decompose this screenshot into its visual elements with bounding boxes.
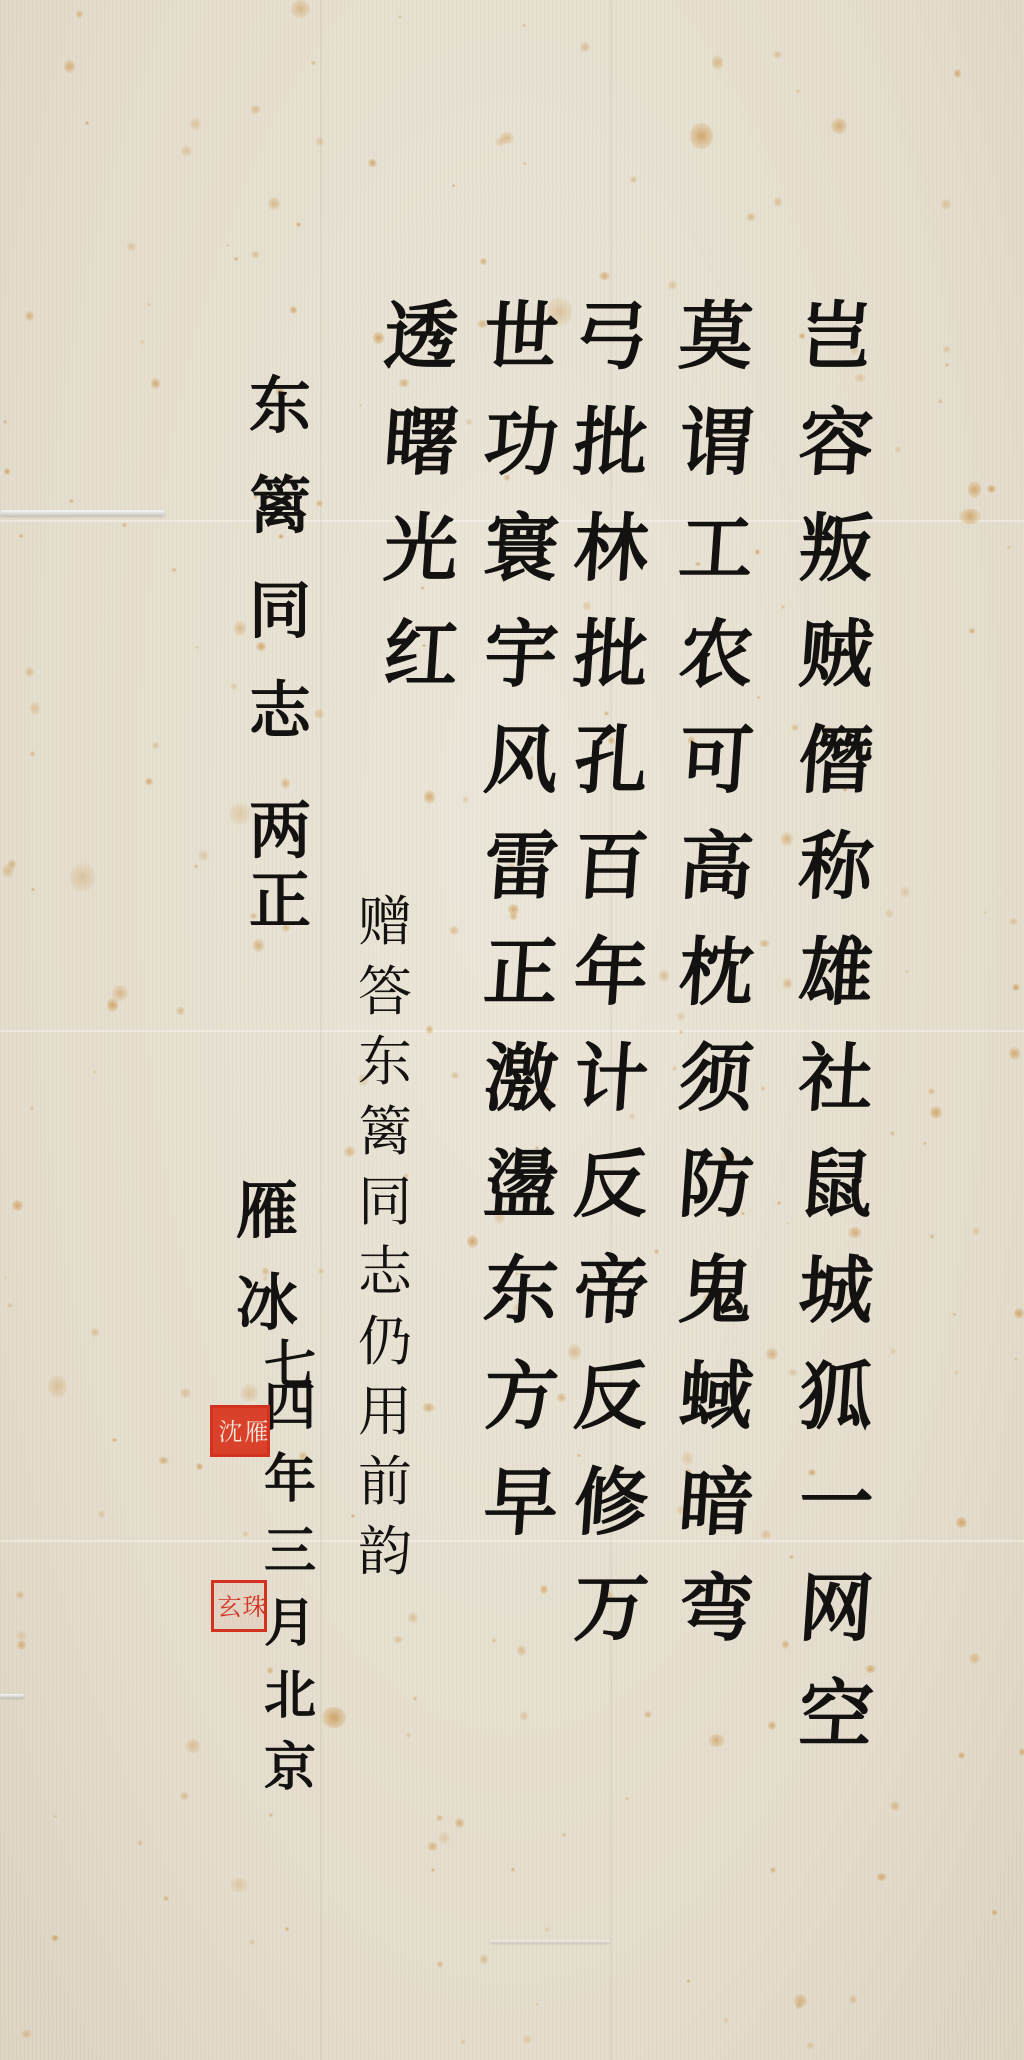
foxing-spot	[455, 1818, 465, 1828]
foxing-spot	[7, 1303, 13, 1308]
foxing-spot	[495, 137, 506, 146]
foxing-spot	[64, 60, 74, 73]
inscription-char: 用	[345, 1385, 425, 1455]
date-char: 年	[250, 1454, 330, 1526]
foxing-spot	[773, 51, 782, 58]
foxing-spot	[774, 197, 781, 206]
foxing-spot	[229, 1878, 249, 1892]
foxing-spot	[1009, 1047, 1020, 1060]
foxing-spot	[436, 1815, 443, 1821]
foxing-spot	[250, 105, 261, 114]
foxing-spot	[511, 1867, 515, 1871]
foxing-spot	[746, 213, 756, 221]
poem-char: 功	[461, 406, 578, 512]
poem-char: 须	[656, 1042, 773, 1148]
poem-char: 贼	[776, 618, 893, 724]
foxing-spot	[905, 970, 909, 973]
foxing-spot	[317, 1268, 325, 1274]
foxing-spot	[599, 272, 609, 281]
foxing-spot	[406, 1732, 411, 1738]
dedication-char: 篱	[235, 475, 325, 580]
foxing-spot	[1014, 1308, 1024, 1318]
foxing-spot	[1014, 1357, 1017, 1360]
poem-char: 弯	[656, 1572, 773, 1678]
foxing-spot	[16, 1591, 23, 1600]
foxing-spot	[426, 1025, 433, 1034]
foxing-spot	[12, 1200, 23, 1210]
foxing-spot	[625, 1797, 629, 1800]
foxing-spot	[185, 1739, 201, 1753]
foxing-spot	[393, 1636, 403, 1644]
poem-char: 宇	[461, 618, 578, 724]
foxing-spot	[431, 1868, 435, 1871]
foxing-spot	[30, 1106, 34, 1111]
inscription-char: 同	[345, 1175, 425, 1245]
foxing-spot	[268, 197, 279, 210]
foxing-spot	[969, 628, 974, 634]
inscription-char: 答	[345, 965, 425, 1035]
foxing-spot	[954, 69, 961, 77]
poem-char: 蜮	[656, 1360, 773, 1466]
poem-char: 称	[776, 830, 893, 936]
poem-char: 一	[776, 1466, 893, 1572]
poem-char: 雷	[461, 830, 578, 936]
foxing-spot	[30, 702, 40, 715]
foxing-spot	[16, 1631, 28, 1640]
foxing-spot	[580, 42, 589, 52]
foxing-spot	[122, 522, 127, 527]
foxing-spot	[145, 778, 153, 784]
foxing-spot	[19, 534, 23, 538]
foxing-spot	[492, 1638, 496, 1643]
inscription-column: 赠 答 东 篱 同 志 仍 用 前 韵	[345, 895, 425, 1595]
signature-name: 雁 冰	[222, 1180, 312, 1348]
foxing-spot	[107, 998, 117, 1011]
poem-column-1: 岂 容 叛 贼 僭 称 雄 社 鼠 城 狐 一 网 空	[780, 300, 890, 1784]
seal-char: 雁	[240, 1419, 266, 1443]
foxing-spot	[408, 1612, 418, 1623]
poem-char: 高	[656, 830, 773, 936]
poem-char: 雄	[776, 936, 893, 1042]
poem-char: 东	[461, 1254, 578, 1360]
poem-char: 暗	[656, 1466, 773, 1572]
poem-char: 万	[551, 1572, 668, 1678]
foxing-spot	[461, 2039, 465, 2044]
foxing-spot	[984, 911, 987, 914]
dedication-char: 同	[235, 580, 325, 680]
inscription-char: 韵	[345, 1525, 425, 1595]
foxing-spot	[25, 667, 35, 677]
foxing-spot	[48, 1375, 66, 1398]
poem-column-5: 透 曙 光 红	[365, 300, 475, 724]
foxing-spot	[831, 118, 847, 134]
foxing-spot	[163, 1896, 168, 1901]
dedication-char: 两	[235, 800, 325, 870]
foxing-spot	[438, 1832, 450, 1843]
poem-char: 激	[461, 1042, 578, 1148]
foxing-spot	[520, 1711, 527, 1721]
foxing-spot	[234, 257, 238, 261]
foxing-spot	[972, 1227, 981, 1235]
seal-char: 沈	[214, 1419, 240, 1443]
foxing-spot	[969, 1653, 980, 1663]
poem-char: 寰	[461, 512, 578, 618]
foxing-spot	[147, 303, 151, 306]
foxing-spot	[928, 1088, 935, 1095]
date-char: 京	[250, 1742, 330, 1814]
inscription-char: 篱	[345, 1105, 425, 1175]
poem-char: 社	[776, 1042, 893, 1148]
poem-char: 容	[776, 406, 893, 512]
foxing-spot	[987, 485, 997, 493]
foxing-spot	[171, 568, 176, 572]
foxing-spot	[226, 244, 229, 247]
dedication-char: 正	[235, 870, 325, 946]
poem-char: 城	[776, 1254, 893, 1360]
poem-column-4: 世 功 寰 宇 风 雷 正 激 盪 东 方 早	[465, 300, 575, 1572]
foxing-spot	[668, 280, 676, 290]
foxing-spot	[398, 15, 402, 19]
paper-tear	[490, 1940, 610, 1943]
poem-char: 方	[461, 1360, 578, 1466]
date-char: 七	[250, 1340, 330, 1382]
foxing-spot	[930, 1106, 942, 1119]
foxing-spot	[992, 1909, 997, 1916]
poem-char: 农	[656, 618, 773, 724]
foxing-spot	[522, 2035, 532, 2044]
foxing-spot	[194, 864, 198, 869]
foxing-spot	[31, 888, 35, 891]
dedication-char: 东	[235, 375, 325, 475]
poem-char: 工	[656, 512, 773, 618]
poem-char: 僭	[776, 724, 893, 830]
poem-char: 可	[656, 724, 773, 830]
poem-char: 莫	[656, 300, 773, 406]
date-char: 北	[250, 1670, 330, 1742]
poem-char: 网	[776, 1572, 893, 1678]
poem-char: 鬼	[656, 1254, 773, 1360]
seal-upper: 沈 雁	[210, 1405, 270, 1457]
foxing-spot	[540, 1585, 548, 1594]
paper-tear	[0, 510, 165, 516]
foxing-spot	[140, 339, 145, 345]
foxing-spot	[437, 1961, 442, 1968]
poem-char: 叛	[776, 512, 893, 618]
foxing-spot	[285, 1927, 289, 1931]
foxing-spot	[943, 346, 951, 354]
foxing-spot	[311, 61, 316, 65]
dedication-char: 志	[235, 680, 325, 800]
foxing-spot	[929, 1234, 934, 1239]
inscription-char: 仍	[345, 1315, 425, 1385]
foxing-spot	[181, 145, 191, 157]
foxing-spot	[451, 1072, 459, 1078]
foxing-spot	[30, 751, 35, 757]
foxing-spot	[296, 222, 300, 227]
poem-char: 红	[361, 618, 478, 724]
foxing-spot	[180, 1792, 189, 1799]
poem-char: 鼠	[776, 1148, 893, 1254]
poem-char: 曙	[361, 406, 478, 512]
poem-char: 正	[461, 936, 578, 1042]
foxing-spot	[959, 509, 981, 525]
poem-char: 狐	[776, 1360, 893, 1466]
foxing-spot	[630, 176, 637, 183]
foxing-spot	[954, 1370, 958, 1375]
poem-char: 风	[461, 724, 578, 830]
inscription-char: 志	[345, 1245, 425, 1315]
foxing-spot	[21, 2030, 32, 2038]
foxing-spot	[890, 1348, 896, 1355]
seal-char: 玄	[214, 1594, 239, 1618]
seal-char: 珠	[239, 1594, 264, 1618]
foxing-spot	[112, 1438, 117, 1442]
foxing-spot	[900, 886, 910, 898]
foxing-spot	[195, 646, 199, 649]
poem-char: 早	[461, 1466, 578, 1572]
poem-char: 盪	[461, 1148, 578, 1254]
poem-column-2: 莫 谓 工 农 可 高 枕 须 防 鬼 蜮 暗 弯	[660, 300, 770, 1678]
foxing-spot	[544, 1927, 550, 1932]
poem-char: 谓	[656, 406, 773, 512]
foxing-spot	[1012, 984, 1019, 990]
paper-tear	[0, 1694, 24, 1698]
foxing-spot	[536, 2003, 539, 2005]
poem-char: 岂	[776, 300, 893, 406]
poem-char: 空	[776, 1678, 893, 1784]
foxing-spot	[562, 1833, 566, 1837]
inscription-char: 前	[345, 1455, 425, 1525]
foxing-spot	[890, 1801, 899, 1811]
signature-char: 雁	[222, 1180, 312, 1272]
poem-char: 透	[361, 300, 478, 406]
foxing-spot	[806, 2042, 815, 2049]
foxing-spot	[69, 499, 73, 503]
dedication-column: 东 篱 同 志 两 正	[235, 375, 325, 946]
inscription-char: 东	[345, 1035, 425, 1105]
foxing-spot	[98, 1510, 105, 1518]
foxing-spot	[938, 399, 943, 404]
foxing-spot	[249, 1939, 254, 1945]
foxing-spot	[890, 1131, 894, 1136]
foxing-spot	[2, 864, 13, 878]
poem-char: 世	[461, 300, 578, 406]
foxing-spot	[198, 850, 209, 861]
foxing-spot	[424, 790, 435, 804]
poem-char: 光	[361, 512, 478, 618]
seal-lower: 玄 珠	[211, 1580, 267, 1632]
inscription-char: 赠	[345, 895, 425, 965]
foxing-spot	[522, 24, 526, 27]
poem-char: 枕	[656, 936, 773, 1042]
poem-char: 防	[656, 1148, 773, 1254]
foxing-spot	[70, 863, 94, 892]
foxing-spot	[1019, 1748, 1024, 1756]
foxing-spot	[427, 1842, 437, 1851]
